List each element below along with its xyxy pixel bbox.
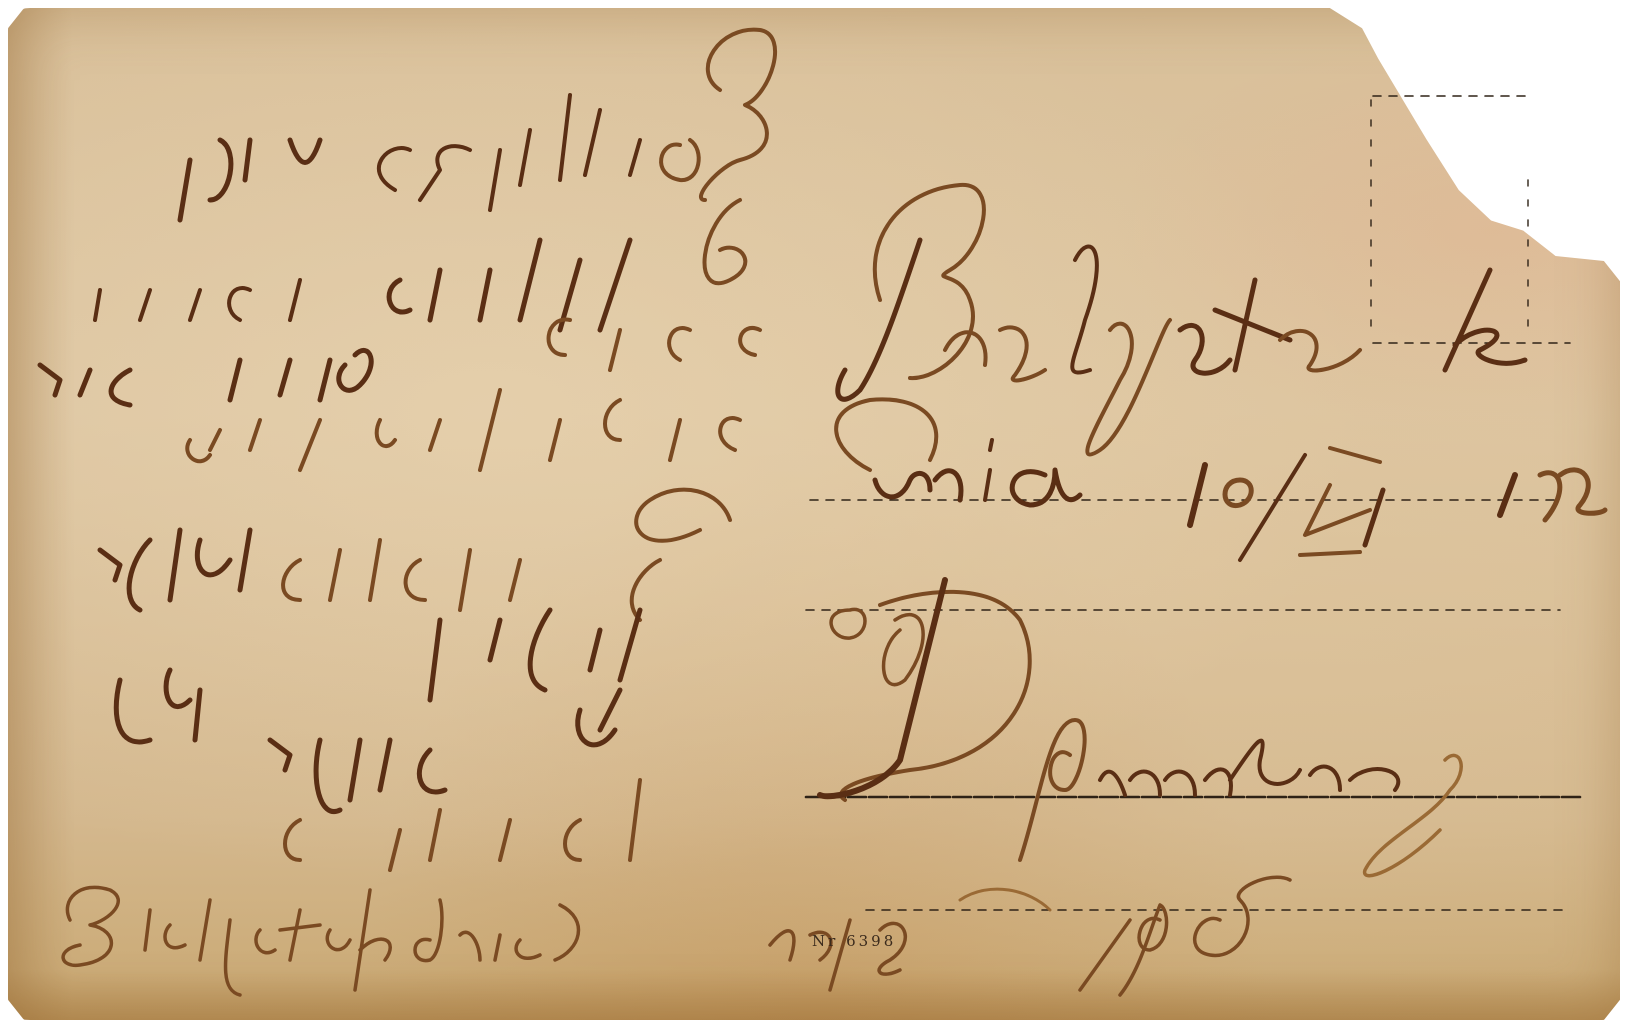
message-handwriting [40,30,775,870]
address-recipient [820,580,1461,876]
printed-serial-number: Nr 6398 [812,932,896,950]
message-closing-line [63,877,1290,995]
handwriting-layer [0,0,1629,1028]
address-date-line [836,399,1605,560]
address-city-bialystok [838,185,1525,455]
